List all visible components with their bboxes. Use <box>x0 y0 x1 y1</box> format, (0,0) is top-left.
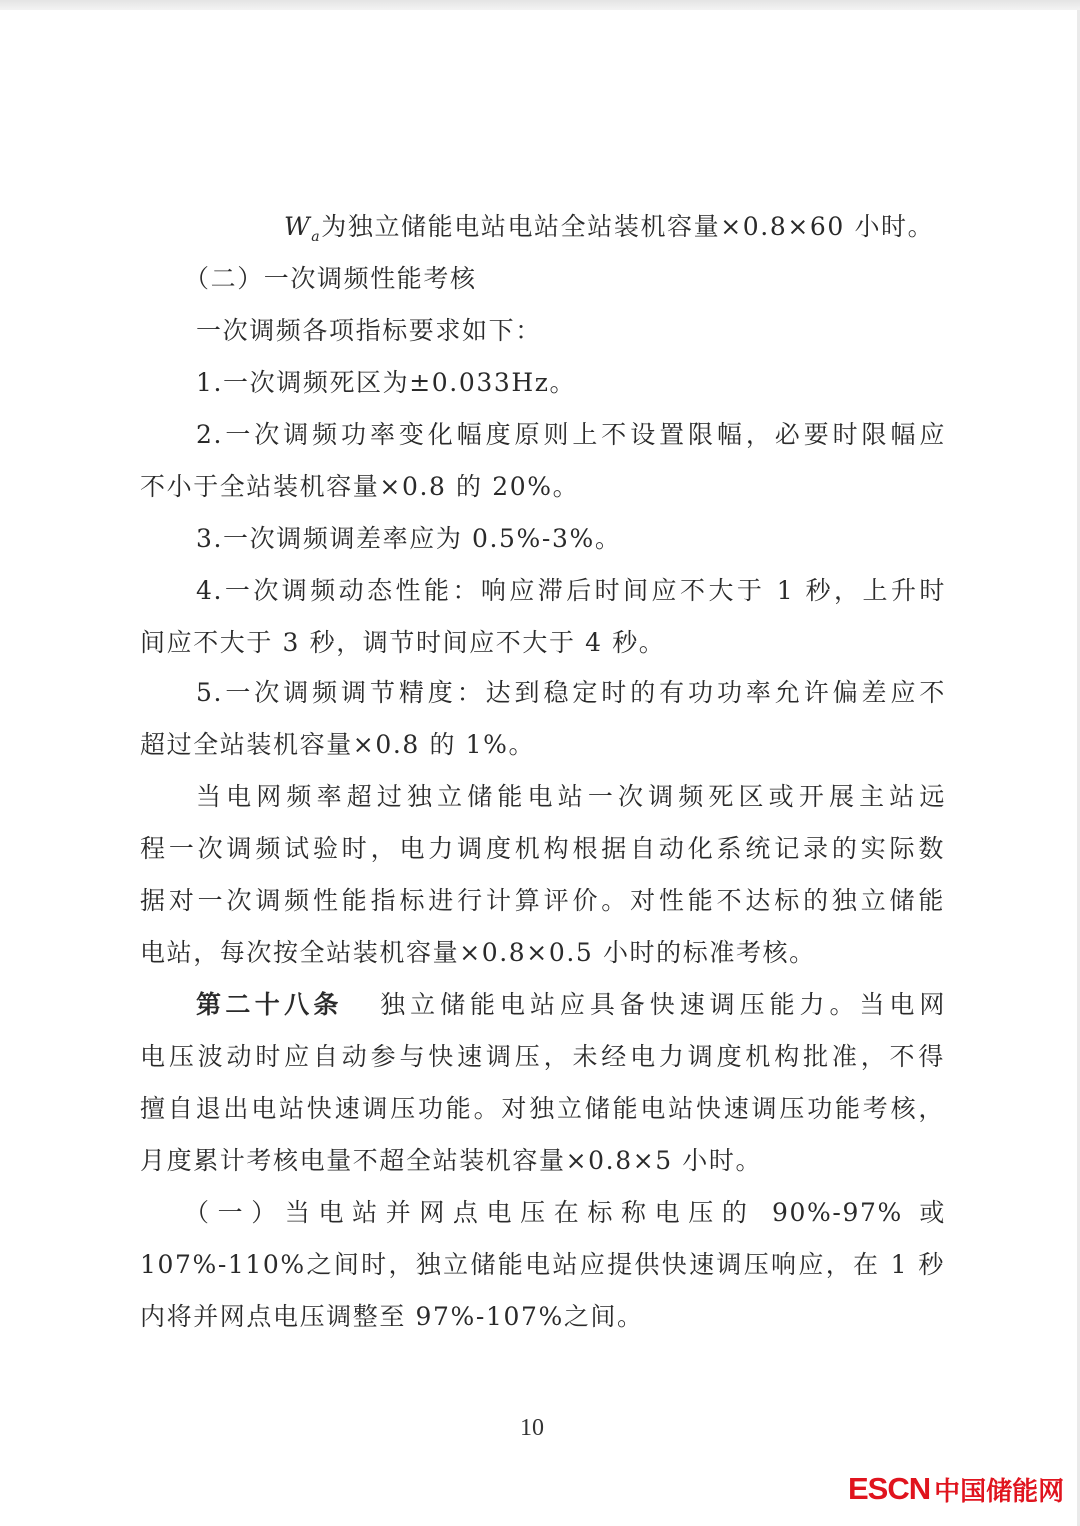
list-item-3: 3.一次调频调差率应为 0.5%-3%。 <box>196 524 946 554</box>
paragraph-line: 电站，每次按全站装机容量×0.8×0.5 小时的标准考核。 <box>140 938 945 968</box>
escn-watermark-logo: ESCN 中国储能网 <box>848 1472 1064 1506</box>
paragraph-line: 程一次调频试验时，电力调度机构根据自动化系统记录的实际数 <box>140 834 945 864</box>
list-item-2-line-1: 2.一次调频功率变化幅度原则上不设置限幅，必要时限幅应 <box>196 420 946 450</box>
article-28-line-1: 第二十八条独立储能电站应具备快速调压能力。当电网 <box>196 990 946 1020</box>
article-label: 第二十八条 <box>196 990 343 1019</box>
subsection-1-line-1: （一）当电站并网点电压在标称电压的 90%-97% 或 <box>184 1198 946 1228</box>
line-text: 为独立储能电站电站全站装机容量×0.8×60 小时。 <box>321 212 934 241</box>
paragraph-line: 一次调频各项指标要求如下： <box>196 316 946 346</box>
watermark-brand-cn: 中国储能网 <box>934 1471 1064 1508</box>
paragraph-line: 当电网频率超过独立储能电站一次调频死区或开展主站远 <box>196 782 946 812</box>
list-item-1: 1.一次调频死区为±0.033Hz。 <box>196 368 946 398</box>
list-item-4-line-1: 4.一次调频动态性能：响应滞后时间应不大于 1 秒，上升时 <box>196 576 946 606</box>
paragraph-line: 内将并网点电压调整至 97%-107%之间。 <box>140 1302 945 1332</box>
paragraph-line: 擅自退出电站快速调压功能。对独立储能电站快速调压功能考核， <box>140 1094 945 1124</box>
list-item-5-line-1: 5.一次调频调节精度：达到稳定时的有功功率允许偏差应不 <box>196 678 946 708</box>
line-text: 独立储能电站应具备快速调压能力。当电网 <box>377 990 946 1019</box>
list-item-4-line-2: 间应不大于 3 秒，调节时间应不大于 4 秒。 <box>140 628 945 658</box>
paragraph-line: 电压波动时应自动参与快速调压，未经电力调度机构批准，不得 <box>140 1042 945 1072</box>
page-number: 10 <box>520 1414 544 1442</box>
paragraph-line: 据对一次调频性能指标进行计算评价。对性能不达标的独立储能 <box>140 886 945 916</box>
list-item-5-line-2: 超过全站装机容量×0.8 的 1%。 <box>140 730 945 760</box>
section-heading-primary-frequency: （二）一次调频性能考核 <box>184 264 934 294</box>
variable-wa: Wa <box>284 212 321 241</box>
list-item-2-line-2: 不小于全站装机容量×0.8 的 20%。 <box>140 472 945 502</box>
paragraph-line: 107%-110%之间时，独立储能电站应提供快速调压响应，在 1 秒 <box>140 1250 945 1280</box>
document-page: Wa为独立储能电站电站全站装机容量×0.8×60 小时。 （二）一次调频性能考核… <box>0 0 1080 1526</box>
formula-definition-line: Wa为独立储能电站电站全站装机容量×0.8×60 小时。 <box>284 212 954 252</box>
paragraph-line: 月度累计考核电量不超全站装机容量×0.8×5 小时。 <box>140 1146 945 1176</box>
watermark-brand-en: ESCN <box>848 1471 930 1507</box>
